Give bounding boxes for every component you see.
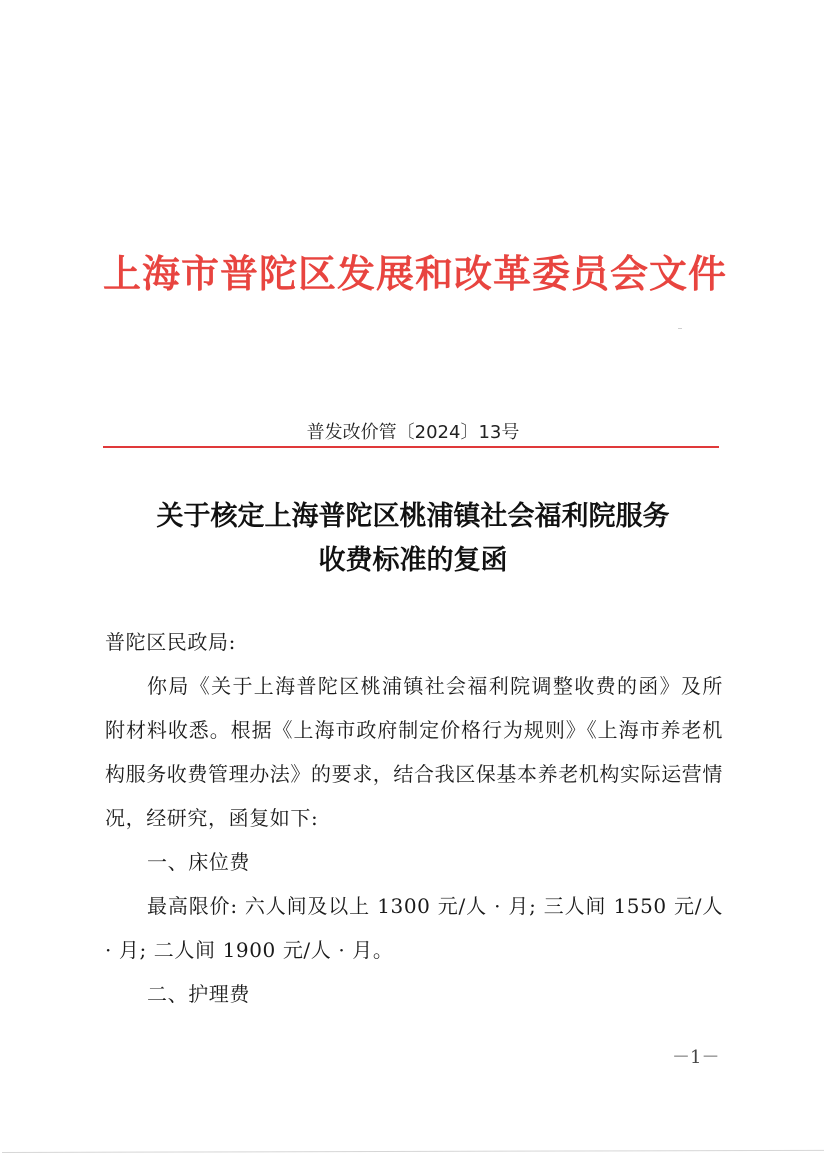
document-body: 普陀区民政局: 你局《关于上海普陀区桃浦镇社会福利院调整收费的函》及所附材料收悉… bbox=[105, 620, 723, 1016]
salutation: 普陀区民政局: bbox=[105, 620, 723, 664]
scan-edge-line bbox=[2, 1150, 824, 1153]
scan-artifact bbox=[678, 328, 682, 329]
document-title-line-1: 关于核定上海普陀区桃浦镇社会福利院服务 bbox=[100, 495, 726, 539]
body-paragraph-bed-fee-limits: 最高限价: 六人间及以上 1300 元/人 · 月; 三人间 1550 元/人 … bbox=[105, 884, 723, 972]
section-heading-bed-fee: 一、床位费 bbox=[105, 840, 723, 884]
issuer-header: 上海市普陀区发展和改革委员会文件 bbox=[100, 247, 730, 301]
page-number: －1－ bbox=[672, 1043, 719, 1069]
document-page: 上海市普陀区发展和改革委员会文件 普发改价管〔2024〕13号 关于核定上海普陀… bbox=[0, 0, 826, 1169]
document-number: 普发改价管〔2024〕13号 bbox=[100, 421, 726, 445]
document-title: 关于核定上海普陀区桃浦镇社会福利院服务 收费标准的复函 bbox=[100, 495, 726, 583]
body-paragraph: 你局《关于上海普陀区桃浦镇社会福利院调整收费的函》及所附材料收悉。根据《上海市政… bbox=[105, 664, 723, 840]
red-divider-line bbox=[103, 446, 719, 448]
document-title-line-2: 收费标准的复函 bbox=[100, 539, 726, 583]
section-heading-nursing-fee: 二、护理费 bbox=[105, 972, 723, 1016]
